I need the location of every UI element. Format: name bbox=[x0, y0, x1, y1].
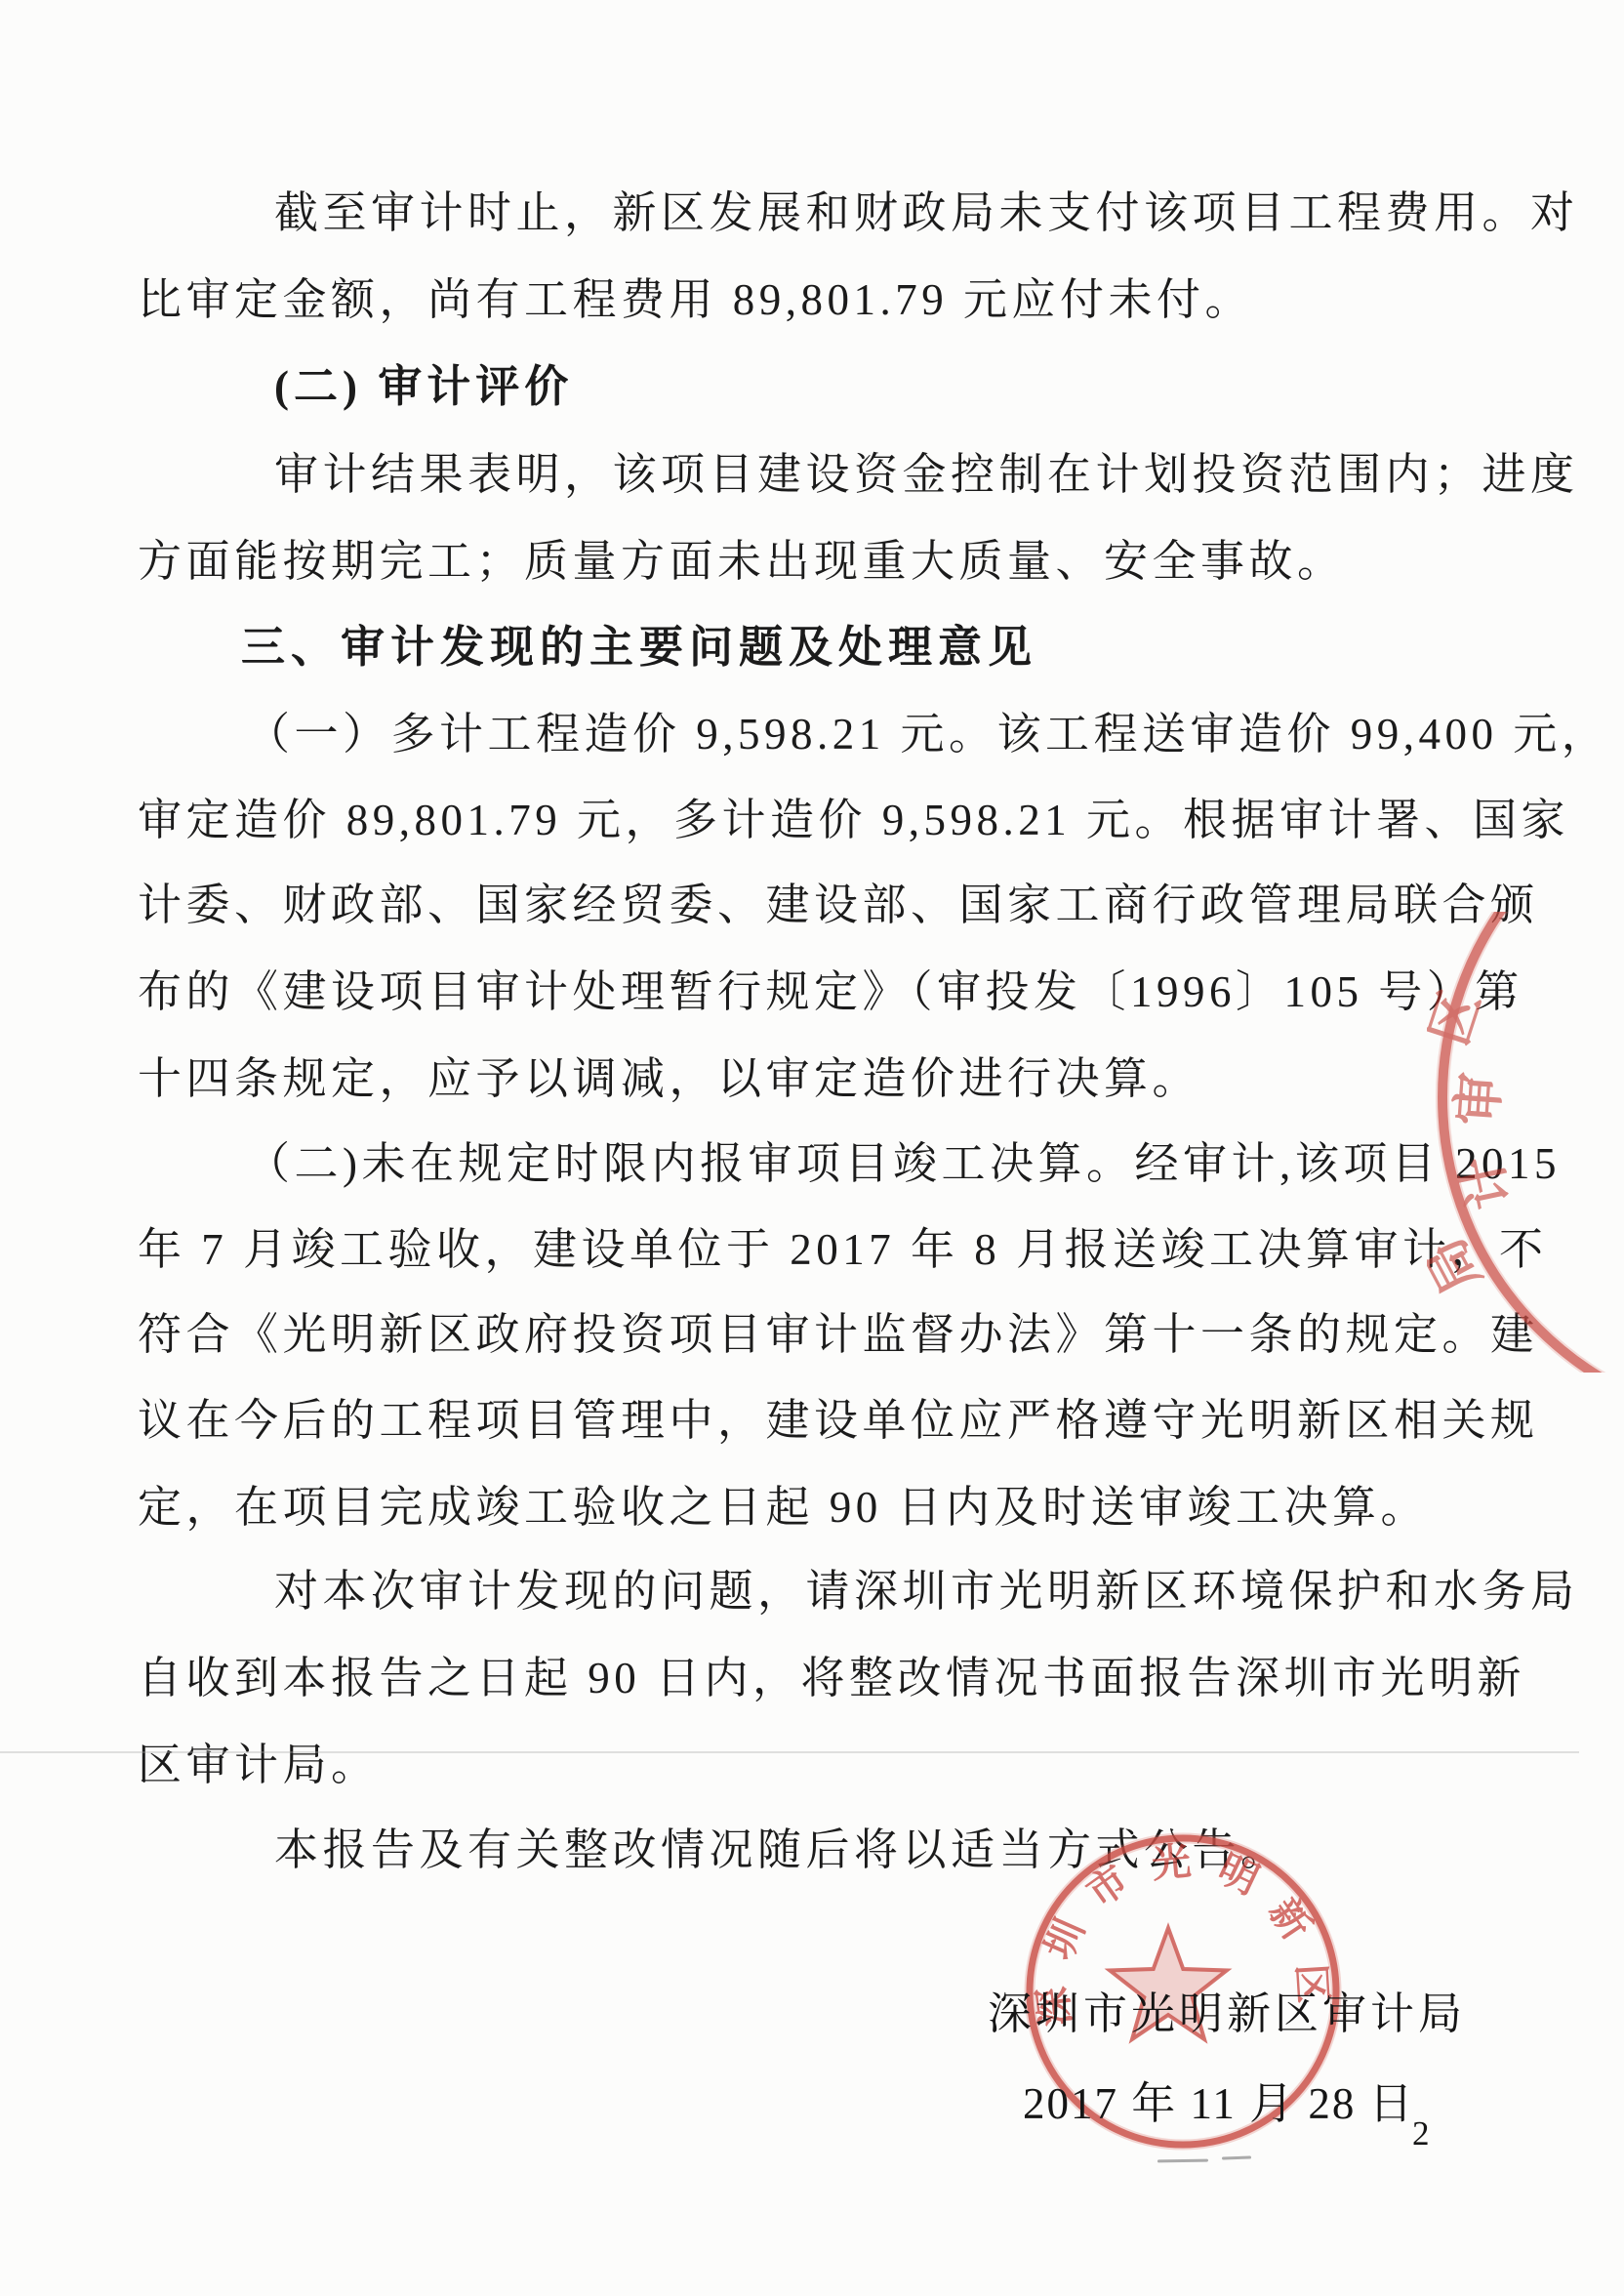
text-line: 布的《建设项目审计处理暂行规定》（审投发〔1996〕105 号）第 bbox=[138, 966, 1523, 1018]
text-line: 审计结果表明，该项目建设资金控制在计划投资范围内；进度 bbox=[274, 449, 1579, 501]
scan-smudge bbox=[1157, 2159, 1208, 2163]
text-line: 年 7 月竣工验收，建设单位于 2017 年 8 月报送竣工决算审计，不 bbox=[138, 1224, 1548, 1276]
text-line: (二) 审计评价 bbox=[274, 361, 573, 413]
text-line: 方面能按期完工；质量方面未出现重大质量、安全事故。 bbox=[138, 536, 1346, 588]
text-line: 十四条规定，应予以调减，以审定造价进行决算。 bbox=[138, 1053, 1200, 1105]
partial-seal-stamp: 区 审 计 局 bbox=[1427, 912, 1624, 1373]
scan-smudge bbox=[1222, 2155, 1251, 2159]
text-line: 截至审计时止，新区发展和财政局未支付该项目工程费用。对 bbox=[274, 187, 1579, 239]
partial-seal-char: 计 bbox=[1452, 1151, 1521, 1214]
text-line: 区审计局。 bbox=[138, 1740, 380, 1791]
text-line: 议在今后的工程项目管理中，建设单位应严格遵守光明新区相关规 bbox=[138, 1395, 1539, 1447]
text-line: 定，在项目完成竣工验收之日起 90 日内及时送审竣工决算。 bbox=[138, 1482, 1429, 1534]
page-number: 2 bbox=[1412, 2114, 1430, 2153]
text-line: 自收到本报告之日起 90 日内，将整改情况书面报告深圳市光明新 bbox=[138, 1653, 1525, 1704]
signature-date: 2017 年 11 月 28 日 bbox=[1023, 2068, 1415, 2131]
text-line: 计委、财政部、国家经贸委、建设部、国家工商行政管理局联合颁 bbox=[138, 880, 1539, 931]
document-page: 截至审计时止，新区发展和财政局未支付该项目工程费用。对比审定金额，尚有工程费用 … bbox=[0, 0, 1624, 2296]
partial-seal-char: 审 bbox=[1448, 1071, 1511, 1127]
text-line: 对本次审计发现的问题，请深圳市光明新区环境保护和水务局 bbox=[274, 1566, 1579, 1618]
text-line: 三、审计发现的主要问题及处理意见 bbox=[241, 621, 1037, 673]
text-line: 比审定金额，尚有工程费用 89,801.79 元应付未付。 bbox=[138, 274, 1253, 326]
text-line: 符合《光明新区政府投资项目审计监督办法》第十一条的规定。建 bbox=[138, 1309, 1539, 1361]
partial-seal-char: 区 bbox=[1427, 984, 1491, 1052]
signature-issuer: 深圳市光明新区审计局 bbox=[988, 1978, 1466, 2041]
text-line: （二)未在规定时限内报审项目竣工决算。经审计,该项目 2015 bbox=[246, 1138, 1561, 1190]
text-line: （一）多计工程造价 9,598.21 元。该工程送审造价 99,400 元， bbox=[246, 709, 1609, 760]
text-line: 审定造价 89,801.79 元，多计造价 9,598.21 元。根据审计署、国… bbox=[138, 795, 1569, 846]
partial-seal-svg: 区 审 计 局 bbox=[1427, 912, 1624, 1373]
scan-artifact-line bbox=[0, 1751, 1579, 1753]
